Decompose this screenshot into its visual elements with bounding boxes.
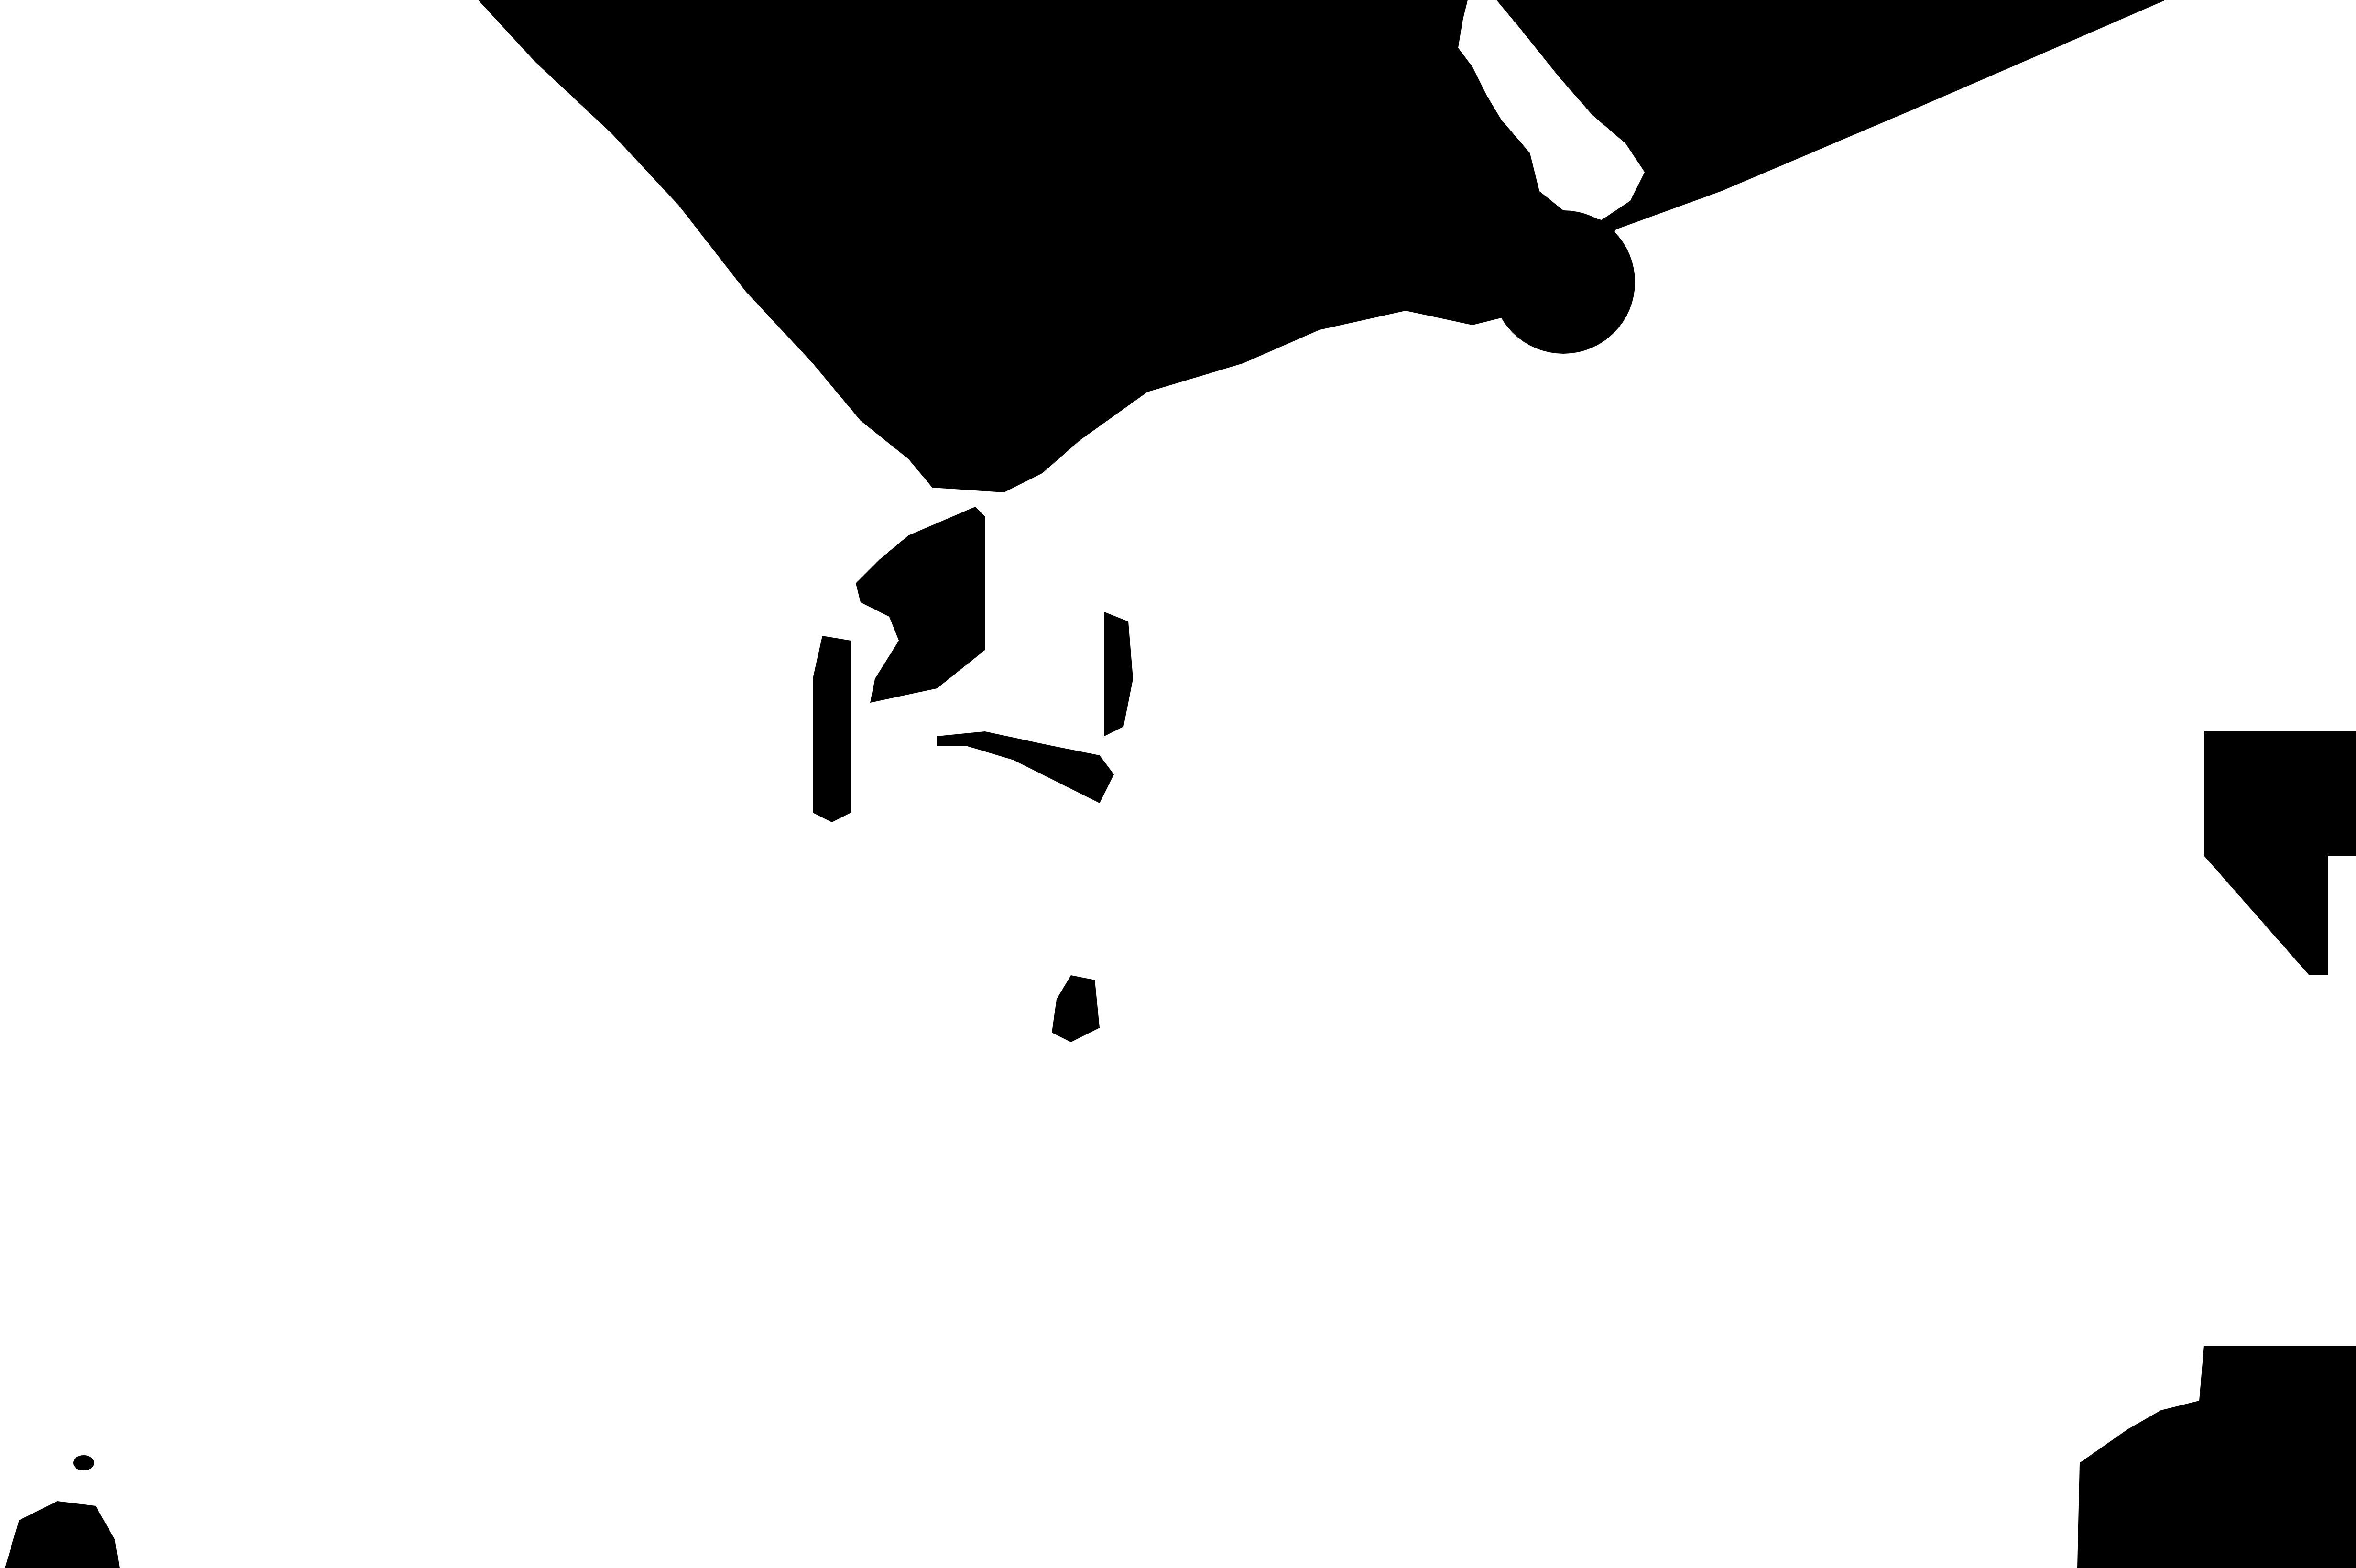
bottom-left-specks bbox=[73, 1455, 94, 1470]
round-blob bbox=[1492, 210, 1635, 354]
binarized-photo bbox=[0, 0, 2356, 1568]
center-fragments bbox=[813, 636, 851, 822]
